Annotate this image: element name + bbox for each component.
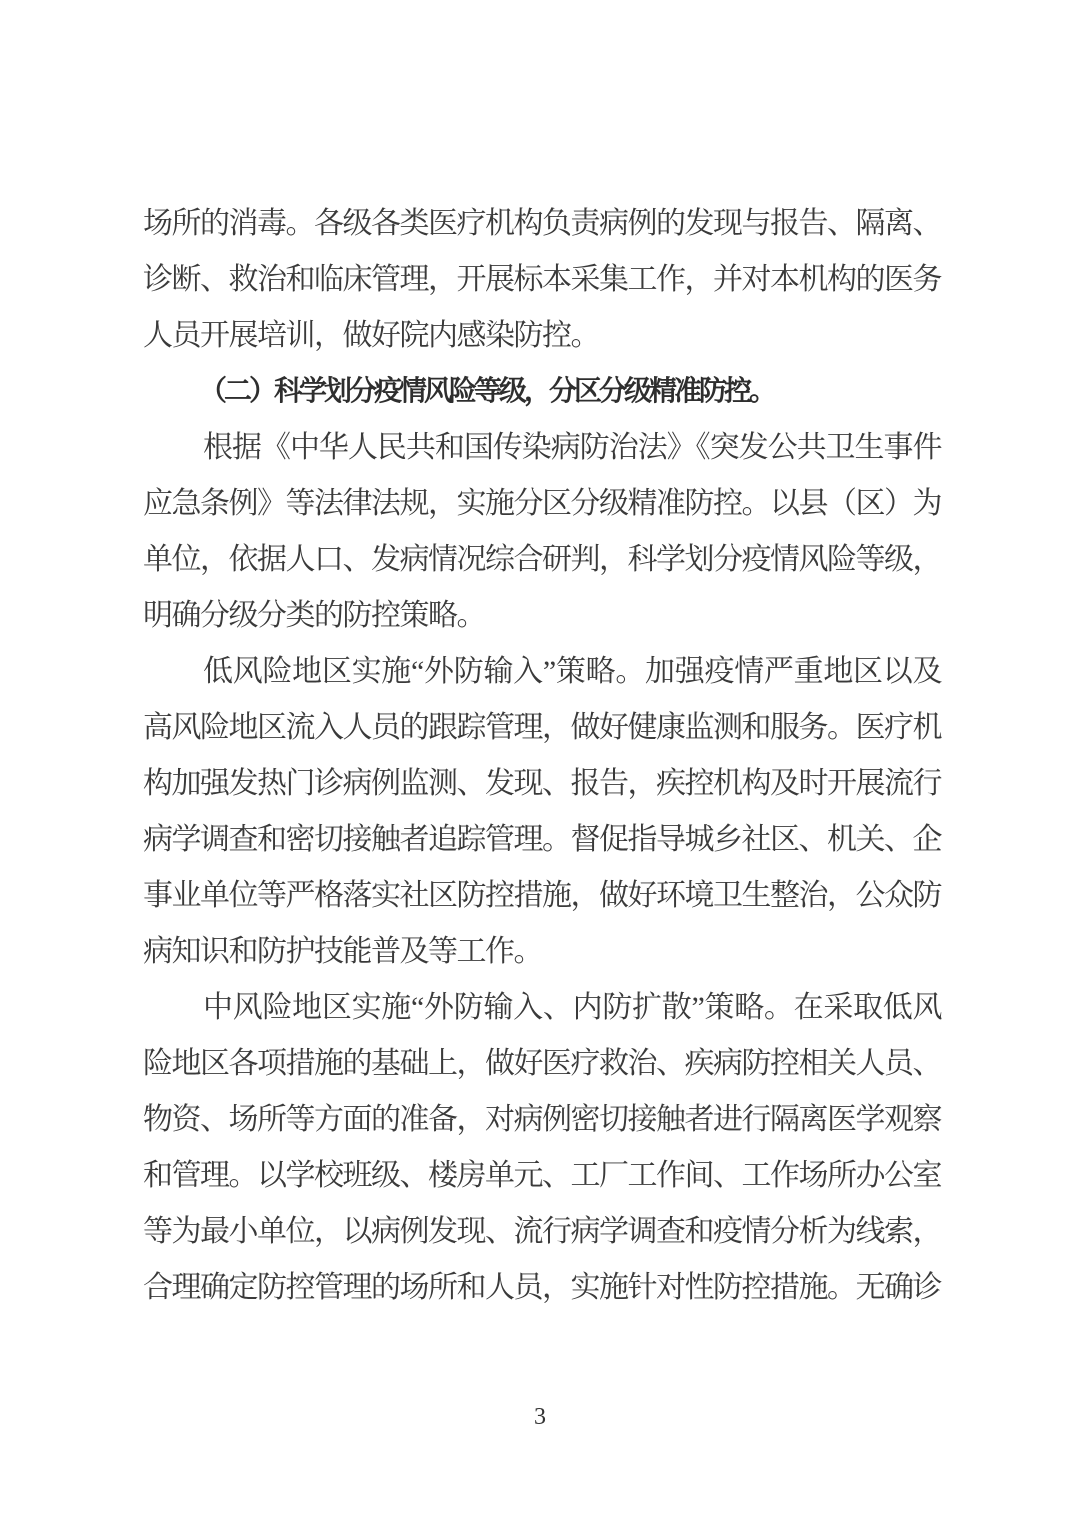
text-line: 等为最小单位，以病例发现、流行病学调查和疫情分析为线索， [143,1204,941,1260]
text-line: 和管理。以学校班级、楼房单元、工厂工作间、工作场所办公室 [143,1148,941,1204]
document-text: 场所的消毒。各级各类医疗机构负责病例的发现与报告、隔离、诊断、救治和临床管理，开… [143,196,941,1316]
text-line: 中风险地区实施“外防输入、内防扩散”策略。在采取低风 [143,980,941,1036]
section-heading: （二）科学划分疫情风险等级，分区分级精准防控。 [143,364,941,420]
text-line: 物资、场所等方面的准备，对病例密切接触者进行隔离医学观察 [143,1092,941,1148]
text-line: 事业单位等严格落实社区防控措施，做好环境卫生整治，公众防 [143,868,941,924]
document-page: 场所的消毒。各级各类医疗机构负责病例的发现与报告、隔离、诊断、救治和临床管理，开… [0,0,1080,1527]
text-line: 应急条例》等法律法规，实施分区分级精准防控。以县（区）为 [143,476,941,532]
text-line: 高风险地区流入人员的跟踪管理，做好健康监测和服务。医疗机 [143,700,941,756]
page-number: 3 [0,1404,1080,1431]
text-line: 人员开展培训，做好院内感染防控。 [143,308,941,364]
text-line: 病学调查和密切接触者追踪管理。督促指导城乡社区、机关、企 [143,812,941,868]
text-line: 构加强发热门诊病例监测、发现、报告，疾控机构及时开展流行 [143,756,941,812]
text-line: 场所的消毒。各级各类医疗机构负责病例的发现与报告、隔离、 [143,196,941,252]
text-line: 单位，依据人口、发病情况综合研判，科学划分疫情风险等级， [143,532,941,588]
text-line: 合理确定防控管理的场所和人员，实施针对性防控措施。无确诊 [143,1260,941,1316]
text-line: 病知识和防护技能普及等工作。 [143,924,941,980]
text-line: 险地区各项措施的基础上，做好医疗救治、疾病防控相关人员、 [143,1036,941,1092]
text-line: 根据《中华人民共和国传染病防治法》《突发公共卫生事件 [143,420,941,476]
text-line: 诊断、救治和临床管理，开展标本采集工作，并对本机构的医务 [143,252,941,308]
text-line: 明确分级分类的防控策略。 [143,588,941,644]
text-line: 低风险地区实施“外防输入”策略。加强疫情严重地区以及 [143,644,941,700]
